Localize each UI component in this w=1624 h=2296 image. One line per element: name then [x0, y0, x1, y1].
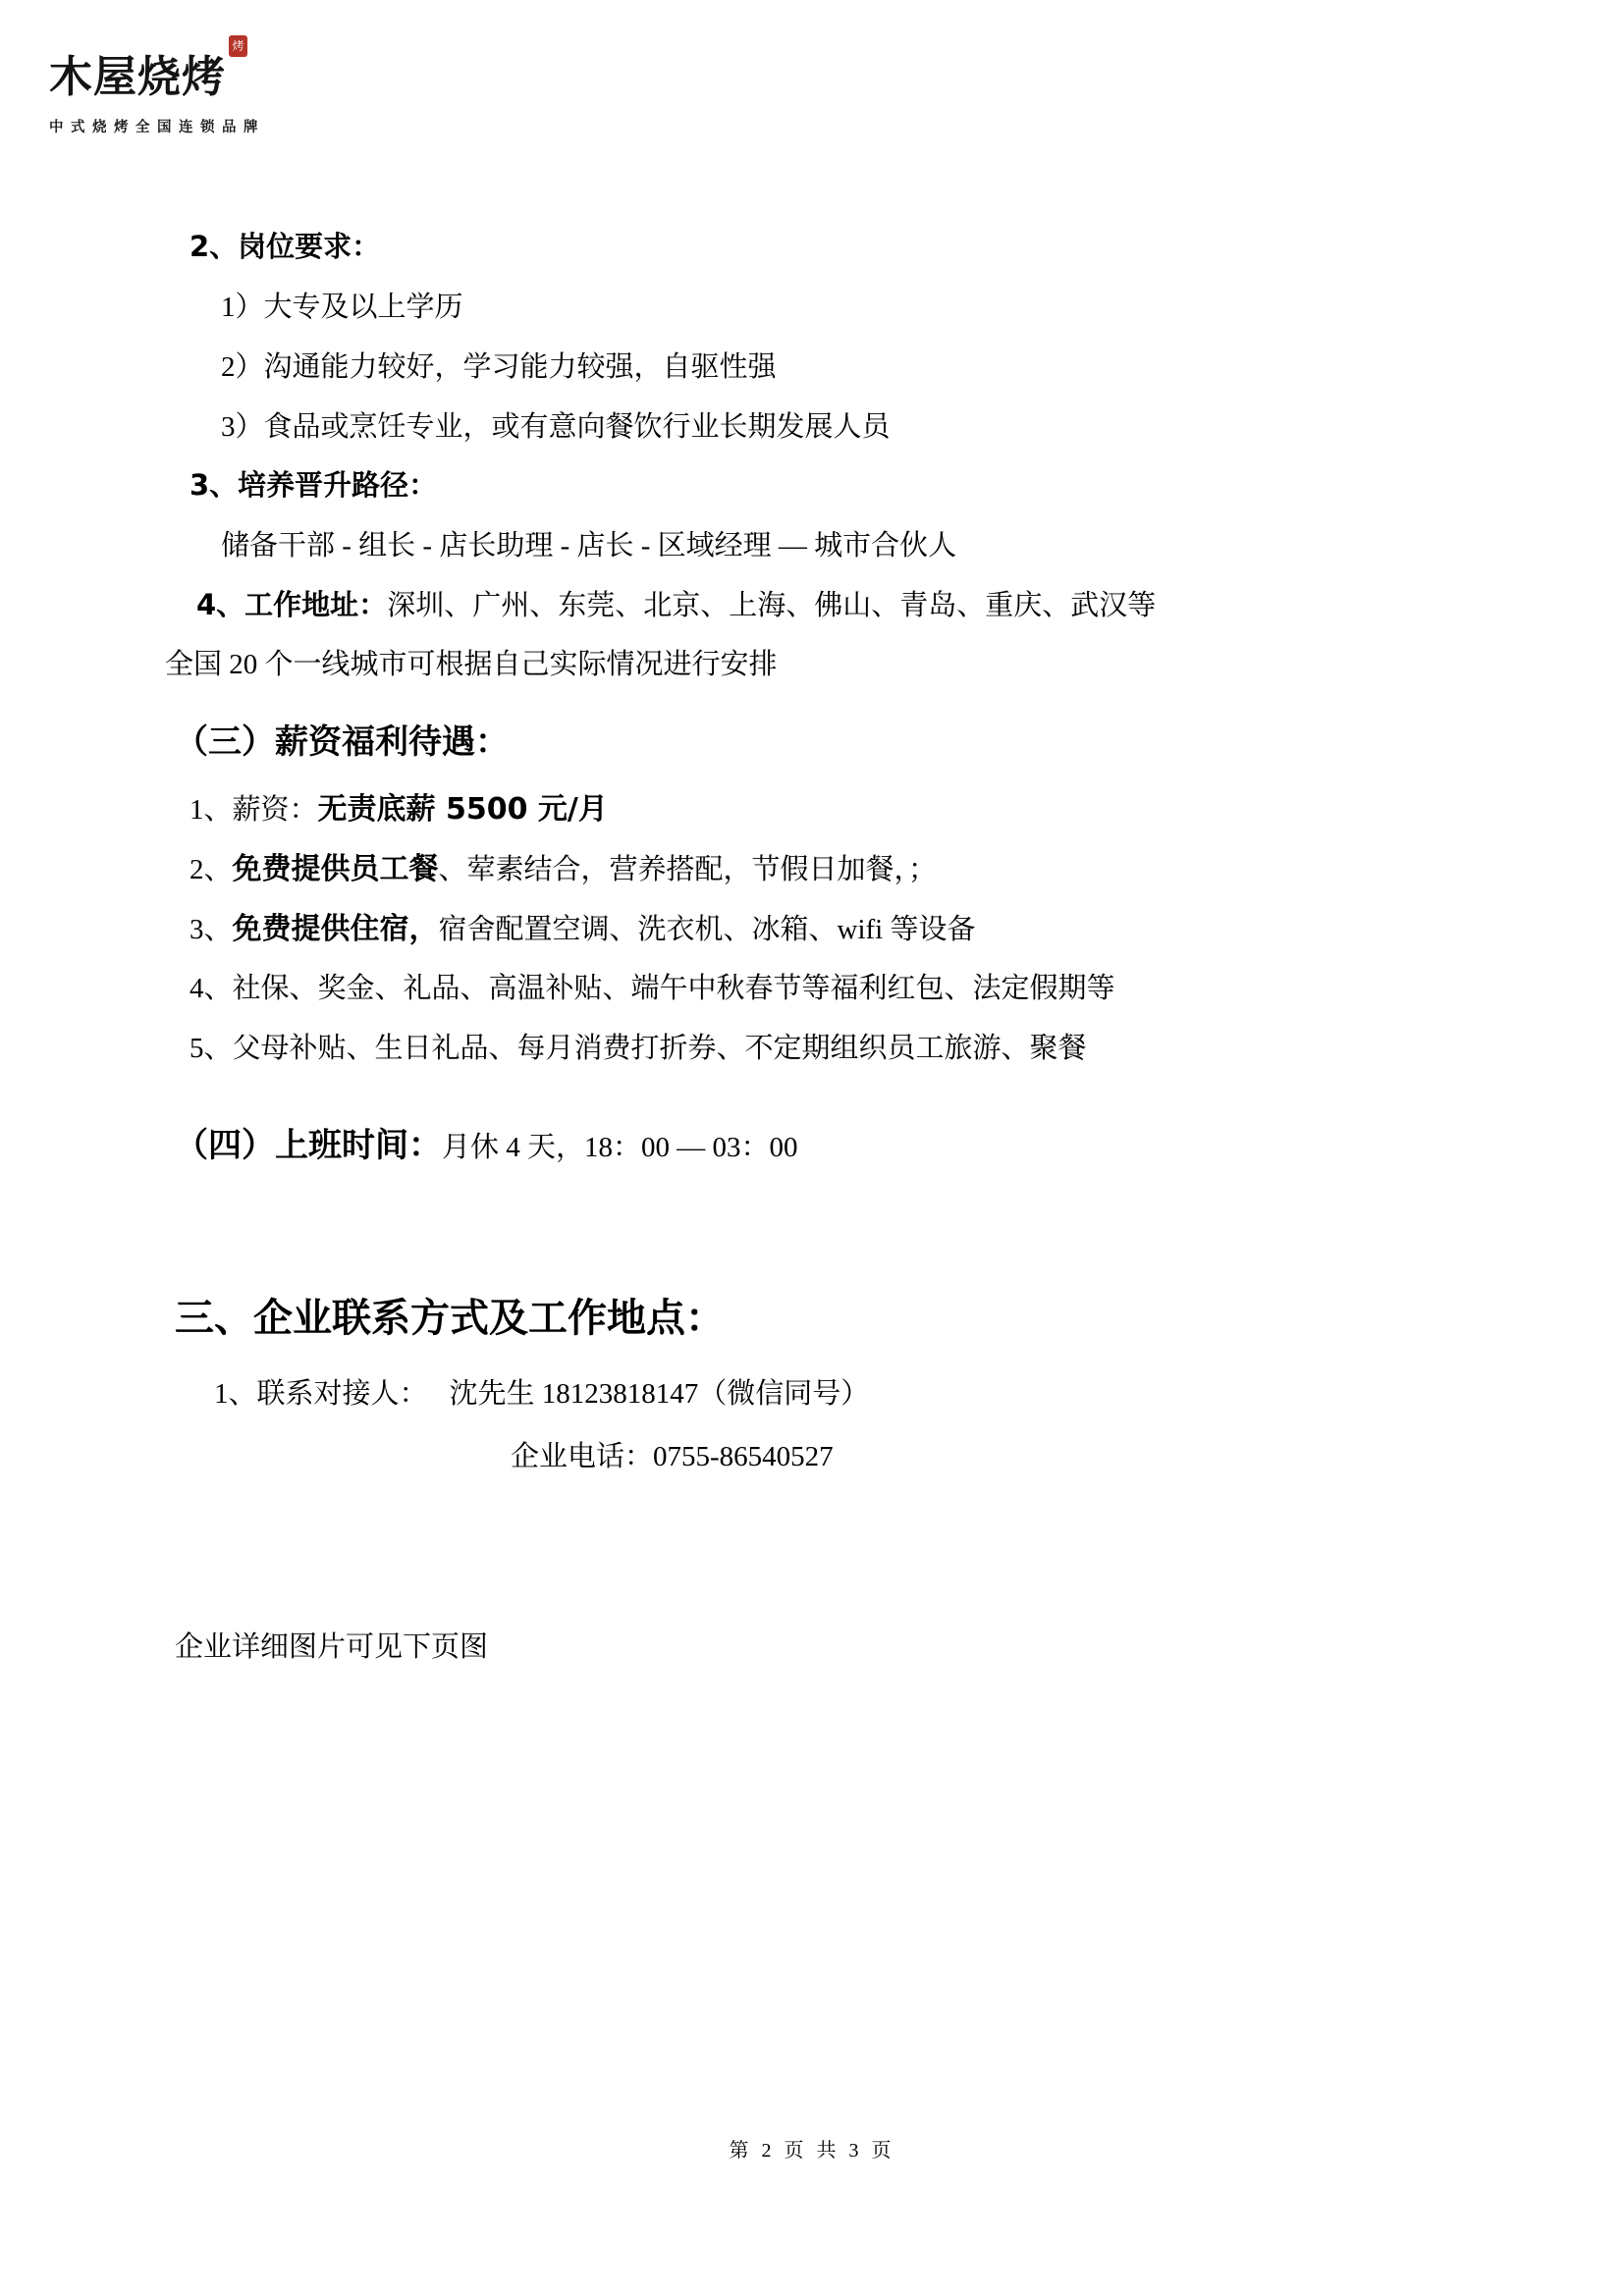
benefit-item-rest: 社保、奖金、礼品、高温补贴、端午中秋春节等福利红包、法定假期等 — [233, 973, 1115, 1004]
benefit-item-3: 3、免费提供住宿，宿舍配置空调、洗衣机、冰箱、wifi 等设备 — [189, 911, 975, 948]
requirement-item-3: 3）食品或烹饪专业，或有意向餐饮行业长期发展人员 — [221, 409, 891, 445]
contact-person-label: 1、联系对接人： — [214, 1378, 428, 1410]
benefit-item-bold: 免费提供住宿， — [233, 912, 439, 946]
contact-phone: 企业电话：0755-86540527 — [511, 1439, 834, 1474]
brand-logo: 木屋烧烤 烤 中式烧烤全国连锁品牌 — [49, 41, 265, 136]
work-location-continuation: 全国 20 个一线城市可根据自己实际情况进行安排 — [165, 647, 778, 682]
benefit-item-5: 5、父母补贴、生日礼品、每月消费打折券、不定期组织员工旅游、聚餐 — [189, 1031, 1087, 1066]
schedule-line: （四）上班时间：月休 4 天，18：00 — 03：00 — [175, 1125, 798, 1167]
benefits-heading: （三）薪资福利待遇： — [175, 721, 509, 764]
benefit-item-rest: 宿舍配置空调、洗衣机、冰箱、wifi 等设备 — [439, 914, 976, 945]
benefit-item-prefix: 4、 — [189, 973, 233, 1004]
next-page-note: 企业详细图片可见下页图 — [175, 1629, 488, 1665]
work-location-cities: 深圳、广州、东莞、北京、上海、佛山、青岛、重庆、武汉等 — [387, 590, 1156, 621]
benefit-item-2: 2、免费提供员工餐、荤素结合，营养搭配，节假日加餐，； — [189, 851, 937, 888]
promotion-path: 储备干部 - 组长 - 店长助理 - 店长 - 区域经理 — 城市合伙人 — [221, 528, 956, 563]
benefit-item-bold: 免费提供员工餐 — [233, 852, 439, 886]
contact-person-value: 沈先生 18123818147（微信同号） — [450, 1378, 870, 1410]
benefit-item-rest: 、荤素结合，营养搭配，节假日加餐，； — [439, 854, 938, 885]
benefit-item-prefix: 2、 — [189, 854, 233, 885]
contact-heading: 三、企业联系方式及工作地点： — [175, 1294, 725, 1343]
brand-seal-stamp-icon: 烤 — [229, 35, 247, 57]
document-page: 木屋烧烤 烤 中式烧烤全国连锁品牌 2、岗位要求： 1）大专及以上学历 2）沟通… — [0, 0, 1624, 2296]
brand-tagline: 中式烧烤全国连锁品牌 — [49, 116, 265, 136]
schedule-heading: （四）上班时间： — [175, 1126, 442, 1165]
work-location-line: 4、工作地址：深圳、广州、东莞、北京、上海、佛山、青岛、重庆、武汉等 — [196, 587, 1156, 623]
promotion-heading: 3、培养晋升路径： — [189, 467, 437, 503]
requirements-heading: 2、岗位要求： — [189, 229, 380, 264]
benefit-item-4: 4、社保、奖金、礼品、高温补贴、端午中秋春节等福利红包、法定假期等 — [189, 971, 1115, 1006]
contact-person-line: 1、联系对接人：沈先生 18123818147（微信同号） — [214, 1376, 869, 1412]
page-number-footer: 第 2 页 共 3 页 — [0, 2134, 1624, 2163]
benefit-item-1: 1、薪资：无责底薪 5500 元/月 — [189, 791, 608, 828]
requirement-item-2: 2）沟通能力较好，学习能力较强，自驱性强 — [221, 349, 777, 385]
requirement-item-1: 1）大专及以上学历 — [221, 290, 463, 325]
brand-name: 木屋烧烤 — [49, 41, 226, 104]
benefit-item-prefix: 3、 — [189, 914, 233, 945]
schedule-text: 月休 4 天，18：00 — 03：00 — [442, 1132, 798, 1163]
work-location-label: 4、工作地址： — [196, 588, 387, 621]
benefit-item-rest: 父母补贴、生日礼品、每月消费打折券、不定期组织员工旅游、聚餐 — [233, 1033, 1087, 1064]
benefit-item-bold: 无责底薪 5500 元/月 — [318, 792, 608, 827]
benefit-item-prefix: 5、 — [189, 1033, 233, 1064]
benefit-item-prefix: 1、薪资： — [189, 794, 318, 826]
